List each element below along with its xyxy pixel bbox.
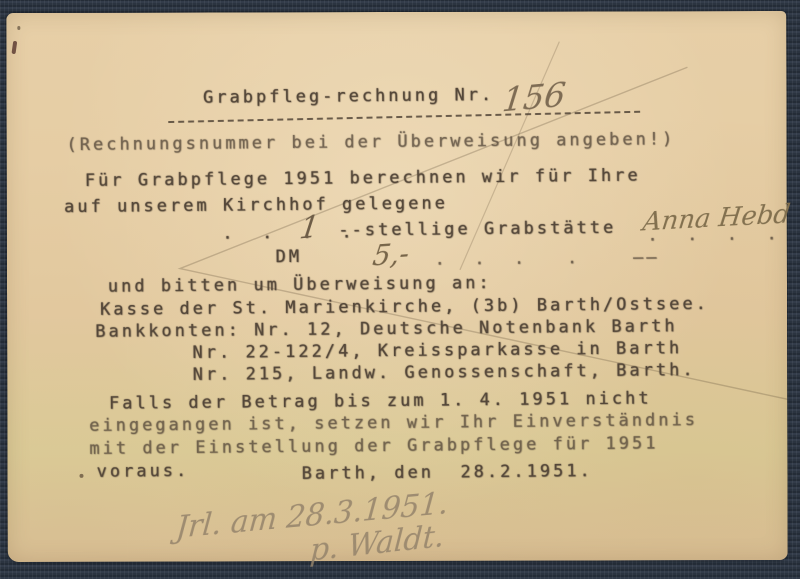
handwritten-amount: 5,-	[371, 236, 412, 272]
bank-line-3: Nr. 215, Landw. Genossenschaft, Barth.	[193, 360, 696, 385]
handwritten-invoice-number: 156	[500, 75, 568, 120]
intro-line-1: Für Grabpflege 1951 berechnen wir für Ih…	[85, 166, 641, 191]
title-underline	[168, 111, 640, 123]
typewritten-text: Grabpfleg-rechnung Nr. (Rechnungsnummer …	[4, 6, 789, 562]
deadline-line-1: Falls der Betrag bis zum 1. 4. 1951 nich…	[109, 389, 652, 414]
bank-line-1: Bankkonten: Nr. 12, Deutsche Notenbank B…	[95, 316, 678, 342]
invoice-number-note: (Rechnungsnummer bei der Überweisung ang…	[66, 129, 675, 155]
deadline-line-3: mit der Einstellung der Grabpflege für 1…	[89, 433, 658, 458]
bank-line-2: Nr. 22-122/4, Kreissparkasse in Barth	[192, 338, 682, 363]
invoice-title: Grabpfleg-rechnung Nr.	[203, 85, 494, 108]
place-date-line: Barth, den 28.2.1951.	[302, 461, 593, 484]
grave-count-dots: . . . .	[222, 222, 355, 243]
transfer-line: und bitten um Überweisung an:	[108, 273, 492, 297]
scan-background: 20 Grabpfleg-rechnung Nr. (Rechnungsnumm…	[0, 0, 800, 579]
intro-line-2: auf unserem Kirchhof gelegene	[64, 193, 448, 217]
deadline-line-2: eingegangen ist, setzen wir Ihr Einverst…	[89, 410, 698, 436]
invoice-card: Grabpfleg-rechnung Nr. (Rechnungsnummer …	[6, 11, 787, 562]
deadline-line-4: voraus.	[96, 461, 189, 482]
currency-label: DM	[275, 247, 302, 267]
grave-suffix: --stellige Grabstätte	[338, 218, 616, 241]
amount-dots: . . . . ——	[434, 247, 659, 269]
